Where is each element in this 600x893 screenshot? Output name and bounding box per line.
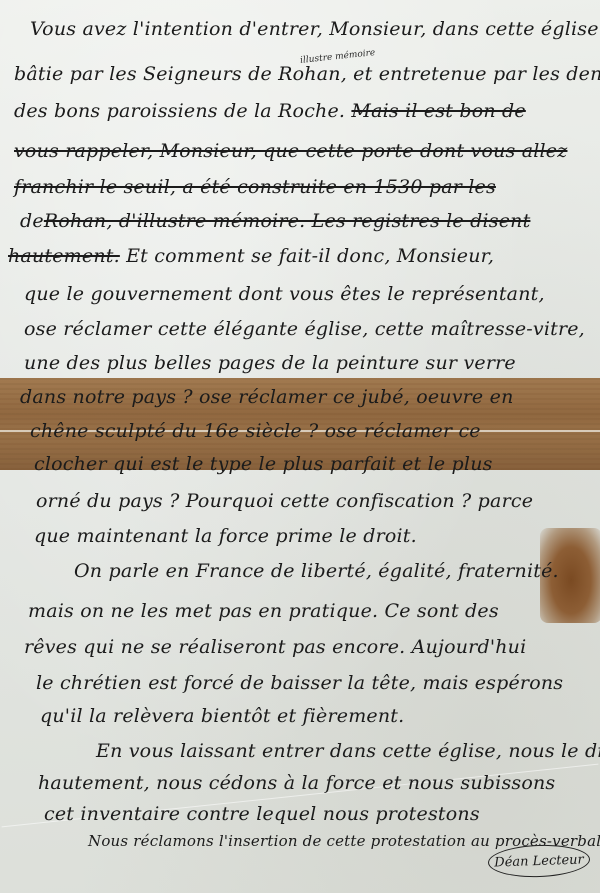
letter-line: ose réclamer cette élégante église, cett…: [24, 318, 585, 340]
letter-line: que le gouvernement dont vous êtes le re…: [24, 283, 545, 305]
letter-line: le chrétien est forcé de baisser la tête…: [36, 672, 563, 694]
letter-line: des bons paroissiens de la Roche. Mais i…: [14, 100, 526, 122]
letter-line: chêne sculpté du 16e siècle ? ose réclam…: [30, 420, 481, 442]
letter-line: hautement, nous cédons à la force et nou…: [38, 772, 555, 794]
letter-line: orné du pays ? Pourquoi cette confiscati…: [36, 490, 533, 512]
letter-line: une des plus belles pages de la peinture…: [24, 352, 516, 374]
letter-line: cet inventaire contre lequel nous protes…: [44, 803, 480, 825]
letter-line: On parle en France de liberté, égalité, …: [74, 560, 559, 582]
letter-line: dans notre pays ? ose réclamer ce jubé, …: [20, 386, 514, 408]
signature-text: Déan Lecteur: [494, 852, 584, 870]
letter-line: que maintenant la force prime le droit.: [34, 525, 417, 547]
letter-line: deRohan, d'illustre mémoire. Les registr…: [20, 210, 530, 232]
letter-line: vous rappeler, Monsieur, que cette porte…: [14, 140, 567, 162]
letter-line: hautement. Et comment se fait-il donc, M…: [8, 245, 494, 267]
letter-line: qu'il la relèvera bientôt et fièrement.: [40, 705, 404, 727]
letter-line: bâtie par les Seigneurs de Rohan, et ent…: [14, 63, 600, 85]
letter-line: rêves qui ne se réaliseront pas encore. …: [24, 636, 526, 658]
letter-line: mais on ne les met pas en pratique. Ce s…: [28, 600, 499, 622]
letter-line: clocher qui est le type le plus parfait …: [34, 453, 493, 475]
letter-line: En vous laissant entrer dans cette églis…: [96, 740, 600, 762]
letter-line: franchir le seuil, a été construite en 1…: [14, 176, 496, 198]
letter-line: Vous avez l'intention d'entrer, Monsieur…: [30, 18, 599, 40]
